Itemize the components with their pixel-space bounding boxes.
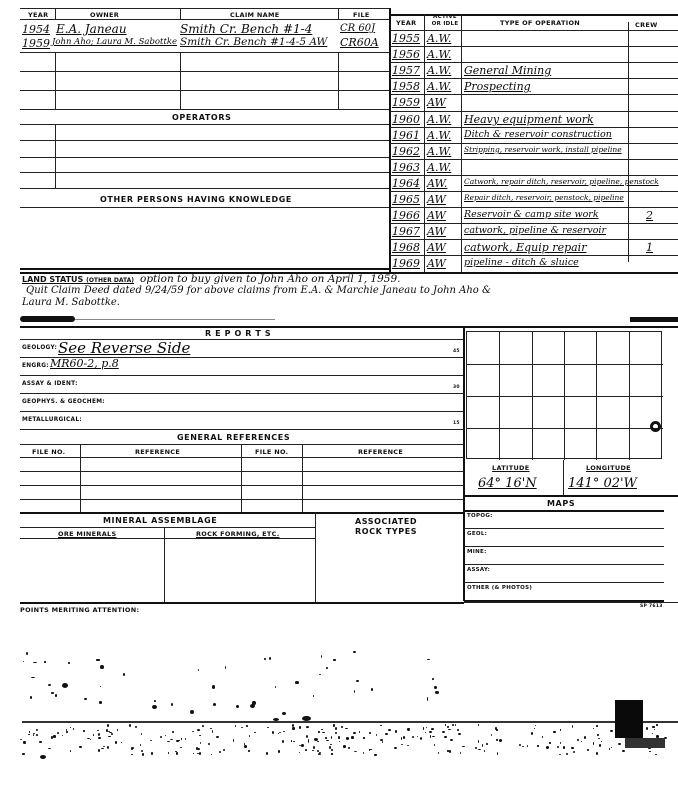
scan-speck — [213, 703, 216, 706]
scan-speck — [117, 729, 119, 731]
scan-speck — [273, 718, 279, 721]
scan-speck — [335, 727, 337, 730]
owner-row-1-file: CR 60J — [340, 23, 375, 34]
maps-title: MAPS — [547, 499, 575, 508]
scan-speck — [212, 685, 215, 689]
scan-speck — [70, 750, 71, 751]
operation-type: catwork, Equip repair — [464, 241, 586, 254]
gr-header-reference-2: REFERENCE — [358, 448, 403, 456]
scan-speck — [444, 736, 447, 739]
scan-speck — [57, 732, 59, 734]
scan-speck — [313, 695, 314, 697]
scan-speck — [90, 739, 92, 740]
scan-speck — [272, 731, 274, 734]
scan-speck — [584, 736, 586, 739]
report-value: See Reverse Side — [58, 339, 190, 357]
operation-year: 1961 — [392, 129, 420, 142]
scan-speck — [431, 728, 434, 730]
scan-speck — [66, 731, 67, 733]
scan-speck — [70, 727, 71, 728]
operation-status: A.W. — [427, 161, 451, 174]
scan-speck — [30, 696, 32, 699]
scan-speck — [395, 730, 397, 733]
scan-artifact-block-2 — [625, 738, 665, 748]
scan-speck — [581, 741, 583, 742]
scan-speck — [98, 733, 100, 736]
scan-speck — [264, 658, 266, 660]
scan-speck — [165, 735, 166, 737]
associated-rock-types-title-2: ROCK TYPES — [355, 527, 417, 536]
operation-year: 1964 — [392, 177, 420, 190]
scan-speck — [482, 744, 483, 747]
operation-type: Ditch & reservoir construction — [464, 129, 612, 140]
scan-speck — [369, 732, 371, 733]
scan-speck — [40, 755, 46, 759]
scan-speck — [425, 732, 427, 733]
scan-speck — [20, 739, 22, 740]
scan-speck — [36, 734, 38, 736]
scan-speck — [318, 753, 321, 755]
owner-row-1-owner: E.A. Janeau — [56, 22, 127, 36]
scan-speck — [656, 724, 657, 726]
scan-speck — [210, 728, 211, 729]
scan-speck — [460, 752, 461, 755]
scan-speck — [68, 662, 69, 664]
scan-speck — [308, 740, 309, 743]
scan-speck — [560, 742, 561, 744]
scan-speck — [103, 746, 106, 747]
scan-speck — [93, 734, 94, 736]
operation-year: 1960 — [392, 113, 420, 126]
operation-type: Repair ditch, reservoir, penstock, pipel… — [464, 193, 624, 202]
scan-speck — [420, 737, 422, 740]
operation-type: catwork, pipeline & reservoir — [464, 225, 606, 236]
scan-speck — [412, 736, 415, 738]
scan-speck — [351, 736, 354, 739]
scan-speck — [371, 688, 374, 691]
scan-speck — [254, 732, 255, 733]
operation-status: A.W. — [427, 129, 451, 142]
scan-speck — [427, 659, 430, 661]
scan-speck — [566, 753, 568, 755]
land-status-line-3: Laura M. Sabottke. — [22, 297, 120, 308]
scan-speck — [200, 742, 201, 744]
scan-speck — [380, 739, 383, 741]
scan-speck — [282, 740, 284, 743]
scan-speck — [596, 752, 598, 755]
scan-speck — [279, 732, 281, 733]
owners-header-owner: OWNER — [90, 11, 119, 19]
scan-speck — [306, 726, 309, 728]
operation-year: 1969 — [392, 257, 420, 270]
reports-title: R E P O R T S — [205, 329, 271, 338]
report-margin-number: 30 — [453, 385, 460, 390]
scan-speck — [382, 741, 383, 743]
scan-speck — [250, 704, 255, 708]
scan-speck — [401, 744, 403, 745]
scan-speck — [321, 655, 322, 659]
scan-speck — [346, 737, 349, 739]
scan-speck — [356, 680, 360, 682]
operation-status: A.W. — [427, 113, 451, 126]
scan-speck — [445, 724, 446, 725]
scan-speck — [100, 686, 102, 687]
scan-speck — [225, 666, 226, 669]
scan-speck — [611, 747, 612, 748]
scan-speck — [341, 726, 343, 728]
report-label: ENGRG: — [22, 363, 49, 369]
operation-status: A.W. — [427, 64, 451, 77]
maps-assay-label: ASSAY: — [467, 567, 490, 573]
scan-speck — [23, 741, 26, 743]
scan-speck — [652, 733, 653, 734]
scan-speck — [31, 677, 34, 679]
scan-speck — [193, 753, 194, 755]
scan-speck — [572, 725, 573, 728]
scan-speck — [192, 731, 194, 732]
scan-speck — [107, 746, 109, 749]
scan-speck — [432, 736, 435, 737]
owner-row-2-year: 1959 — [22, 37, 50, 50]
other-persons-title: OTHER PERSONS HAVING KNOWLEDGE — [100, 195, 292, 204]
scan-speck — [455, 724, 456, 726]
scan-speck — [312, 750, 314, 751]
scan-speck — [598, 738, 600, 739]
scan-speck — [486, 743, 488, 745]
scan-speck — [499, 739, 502, 742]
operation-type: General Mining — [464, 64, 551, 77]
scan-speck — [478, 749, 481, 750]
scan-speck — [587, 749, 589, 752]
operation-status: AW — [427, 209, 446, 222]
scan-speck — [313, 746, 315, 749]
land-status-line-1: option to buy given to John Aho on April… — [140, 273, 401, 285]
scan-speck — [593, 728, 594, 729]
scan-speck — [571, 747, 573, 750]
scan-speck — [267, 727, 269, 728]
scan-speck — [79, 746, 81, 747]
scan-speck — [302, 716, 311, 721]
operation-type: Stripping, reservoir work, install pipel… — [464, 145, 622, 154]
operation-type: Catwork, repair ditch, reservoir, pipeli… — [464, 177, 659, 186]
scan-speck — [407, 745, 409, 746]
scan-speck — [292, 727, 294, 729]
scan-speck — [596, 725, 598, 726]
operation-year: 1966 — [392, 209, 420, 222]
scan-speck — [475, 747, 477, 749]
scan-speck — [121, 742, 122, 743]
operation-type: Prospecting — [464, 80, 531, 93]
operation-year: 1968 — [392, 241, 420, 254]
scan-speck — [537, 745, 538, 747]
owners-header-claim-name: CLAIM NAME — [230, 11, 279, 19]
maps-other-label: OTHER (& PHOTOS) — [467, 585, 532, 591]
scan-speck — [423, 728, 424, 729]
operation-status: A.W. — [427, 145, 451, 158]
scan-speck — [53, 735, 55, 738]
scan-speck — [593, 742, 594, 745]
scan-speck — [211, 754, 212, 755]
scan-speck — [478, 740, 479, 743]
ore-minerals-header: ORE MINERALS — [58, 530, 116, 538]
report-label: ASSAY & IDENT: — [22, 381, 78, 387]
report-margin-number: 45 — [453, 349, 460, 354]
scan-speck — [51, 692, 54, 693]
scan-speck — [48, 684, 52, 686]
scan-speck — [48, 748, 51, 749]
operation-status: AW — [427, 241, 446, 254]
scan-speck — [345, 728, 348, 729]
operation-status: A.W. — [427, 32, 451, 45]
scan-speck — [223, 749, 225, 751]
scan-speck — [97, 730, 99, 731]
scan-speck — [219, 751, 221, 753]
scan-speck — [275, 686, 276, 688]
scan-speck — [141, 750, 143, 752]
scan-speck — [160, 736, 162, 738]
scan-speck — [151, 752, 153, 755]
scan-speck — [450, 739, 453, 741]
scan-speck — [248, 750, 250, 752]
scan-artifact-bar — [20, 316, 75, 322]
scan-speck — [98, 749, 101, 752]
scan-speck — [319, 752, 321, 753]
longitude-value: 141° 02'W — [568, 476, 637, 491]
scan-speck — [107, 724, 109, 727]
scan-speck — [100, 665, 104, 669]
report-label: GEOPHYS. & GEOCHEM: — [22, 399, 105, 405]
scan-speck — [385, 733, 388, 736]
scan-speck — [109, 732, 111, 733]
scan-speck — [244, 745, 246, 748]
scan-speck — [354, 751, 357, 752]
scan-speck — [447, 750, 448, 751]
scan-speck — [154, 700, 156, 702]
latitude-label: LATITUDE — [492, 464, 529, 472]
rock-forming-header: ROCK FORMING, ETC. — [196, 530, 279, 538]
section-grid — [466, 331, 662, 459]
scan-speck — [282, 712, 286, 715]
scan-speck — [198, 669, 199, 671]
report-label: GEOLOGY: — [22, 345, 57, 351]
scan-speck — [83, 730, 86, 731]
gr-header-file-no-2: FILE NO. — [255, 448, 288, 456]
longitude-label: LONGITUDE — [586, 464, 631, 472]
associated-rock-types-title-1: ASSOCIATED — [355, 517, 417, 526]
scan-speck — [654, 729, 655, 730]
scan-speck — [542, 736, 543, 737]
scan-speck — [559, 754, 562, 755]
scan-speck — [249, 735, 250, 738]
general-references-title: GENERAL REFERENCES — [177, 433, 290, 442]
scan-speck — [652, 726, 655, 727]
scan-speck — [353, 732, 356, 734]
scan-speck — [99, 701, 102, 703]
scan-speck — [449, 750, 450, 753]
scan-speck — [62, 735, 63, 737]
scan-speck — [246, 725, 248, 728]
scan-speck — [401, 737, 402, 740]
scan-speck — [655, 754, 657, 755]
scan-speck — [491, 734, 492, 736]
scan-speck — [388, 729, 391, 731]
owners-header-year: YEAR — [28, 11, 48, 19]
operation-type: pipeline - ditch & sluice — [464, 257, 579, 268]
scan-speck — [354, 690, 355, 693]
scan-speck — [403, 736, 405, 739]
scan-speck — [394, 747, 397, 749]
scan-speck — [295, 681, 299, 684]
operations-header-active-idle: ACTIVE OR IDLE — [430, 14, 460, 27]
scan-speck — [96, 659, 99, 660]
scan-speck — [331, 753, 334, 754]
scan-speck — [649, 751, 650, 752]
scan-speck — [407, 728, 409, 730]
operation-status: AW — [427, 193, 446, 206]
scan-speck — [197, 729, 200, 731]
scan-speck — [293, 741, 295, 743]
scan-speck — [531, 732, 533, 735]
operation-crew: 2 — [646, 209, 653, 222]
operation-year: 1956 — [392, 48, 420, 61]
scan-speck — [343, 745, 346, 748]
scan-speck — [338, 736, 340, 739]
scan-speck — [380, 725, 382, 727]
scan-speck — [98, 737, 101, 738]
scan-speck — [359, 731, 360, 734]
scan-speck — [216, 736, 219, 738]
operation-year: 1959 — [392, 96, 420, 109]
mineral-assemblage-title: MINERAL ASSEMBLAGE — [103, 516, 217, 525]
points-meriting-attention-label: POINTS MERITING ATTENTION: — [20, 606, 139, 614]
land-status-sublabel: (OTHER DATA) — [86, 277, 134, 284]
scan-speck — [331, 749, 333, 752]
scan-speck — [202, 725, 205, 727]
operation-year: 1967 — [392, 225, 420, 238]
scan-speck — [152, 705, 157, 709]
report-margin-number: 15 — [453, 421, 460, 426]
scan-speck — [457, 729, 459, 731]
scan-speck — [236, 705, 239, 708]
scan-speck — [199, 735, 201, 736]
operation-status: A.W. — [427, 80, 451, 93]
scan-speck — [62, 683, 68, 688]
scan-speck — [131, 754, 133, 755]
operation-status: A.W. — [427, 48, 451, 61]
scan-speck — [44, 661, 45, 663]
scan-speck — [321, 729, 323, 731]
owners-header-file: FILE — [353, 11, 370, 19]
scan-speck — [601, 741, 602, 742]
scan-speck — [197, 753, 199, 754]
scan-speck — [577, 739, 580, 741]
scan-speck — [266, 752, 269, 755]
scan-speck — [55, 694, 57, 697]
scan-speck — [123, 673, 125, 676]
owner-row-2-file: CR60A — [340, 36, 379, 49]
scan-speck — [326, 740, 328, 741]
scan-speck — [283, 731, 285, 732]
gr-header-reference-1: REFERENCE — [135, 448, 180, 456]
scan-speck — [557, 746, 559, 748]
scan-speck — [212, 730, 213, 732]
scan-speck — [29, 731, 30, 733]
operations-header-type: TYPE OF OPERATION — [500, 19, 580, 27]
scan-speck — [519, 744, 521, 746]
land-status-label: LAND STATUS (OTHER DATA) — [22, 275, 134, 284]
scan-speck — [326, 667, 328, 669]
scan-speck — [434, 744, 435, 747]
operations-header-crew: CREW — [635, 21, 658, 29]
scan-speck — [447, 726, 449, 727]
scan-speck — [646, 727, 648, 730]
scan-speck — [23, 661, 24, 662]
maps-topog-label: TOPOG: — [467, 513, 493, 519]
operation-status: AW — [427, 257, 446, 270]
scan-speck — [322, 732, 325, 734]
scan-speck — [33, 662, 37, 663]
scan-speck — [28, 734, 30, 735]
scan-speck — [26, 652, 28, 655]
scan-speck — [549, 742, 551, 743]
scan-artifact-bar-right — [630, 317, 678, 322]
scan-speck — [374, 754, 376, 757]
scan-speck — [141, 733, 142, 735]
scan-speck — [108, 736, 111, 738]
scan-speck — [176, 752, 177, 754]
latitude-value: 64° 16'N — [478, 476, 537, 491]
scan-speck — [39, 741, 41, 743]
operation-year: 1963 — [392, 161, 420, 174]
report-value: MR60-2, p.8 — [50, 357, 119, 370]
report-label: METALLURGICAL: — [22, 417, 82, 423]
scan-speck — [142, 753, 143, 756]
scan-speck — [318, 731, 319, 733]
scan-speck — [597, 734, 598, 735]
scan-speck — [319, 674, 321, 675]
scan-speck — [426, 727, 428, 728]
scan-speck — [534, 728, 535, 729]
scan-speck — [190, 710, 194, 714]
scan-speck — [167, 741, 169, 742]
scan-speck — [299, 752, 300, 753]
scan-speck — [363, 737, 364, 740]
scan-speck — [535, 725, 537, 727]
scan-speck — [306, 735, 308, 738]
scan-speck — [339, 741, 340, 742]
scan-speck — [235, 725, 236, 727]
scan-speck — [199, 752, 201, 755]
scan-speck — [180, 747, 181, 748]
owner-row-2-claim: Smith Cr. Bench #1-4-5 AW — [180, 36, 327, 48]
maps-geol-label: GEOL: — [467, 531, 487, 537]
scan-speck — [269, 657, 271, 660]
scan-speck — [241, 727, 243, 728]
scan-speck — [527, 745, 528, 747]
scan-speck — [335, 732, 337, 734]
scan-speck — [599, 744, 601, 746]
scan-speck — [432, 678, 434, 680]
scan-speck — [448, 729, 450, 730]
scan-speck — [376, 734, 377, 737]
scan-speck — [325, 737, 327, 738]
scan-speck — [33, 734, 34, 736]
scan-speck — [185, 738, 186, 740]
scan-speck — [429, 731, 432, 733]
operation-year: 1965 — [392, 193, 420, 206]
scan-speck — [168, 752, 170, 754]
scan-speck — [458, 733, 461, 735]
